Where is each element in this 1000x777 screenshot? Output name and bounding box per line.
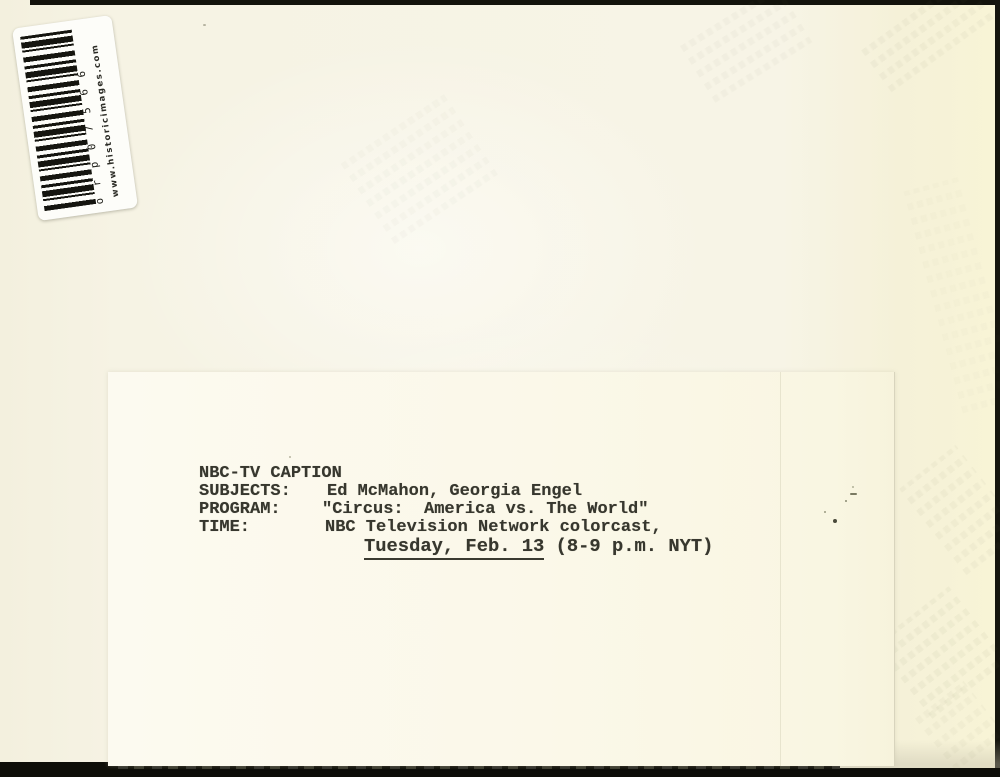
caption-label-program: PROGRAM: (199, 501, 281, 519)
barcode-sticker: orp07566 www.historicimages.com (12, 15, 138, 221)
caption-label-time: TIME: (199, 519, 250, 537)
scan-edge-bottom-left (0, 762, 120, 777)
ink-speck (833, 519, 837, 523)
caption-time-continuation: Tuesday, Feb. 13 (8-9 p.m. NYT) (364, 536, 713, 560)
ink-speck (852, 486, 854, 488)
ink-speck (850, 493, 857, 495)
photo-back-scan: orp07566 www.historicimages.com NBC-TV C… (0, 0, 1000, 777)
underlined-date: Tuesday, Feb. 13 (364, 536, 544, 560)
caption-sheet: NBC-TV CAPTION SUBJECTS: Ed McMahon, Geo… (108, 372, 895, 766)
caption-value-program: "Circus: America vs. The World" (322, 501, 648, 519)
ink-speck (845, 500, 847, 502)
caption-label-subjects: SUBJECTS: (199, 483, 291, 501)
ink-speck (289, 456, 291, 458)
type-bleedthrough-mark (899, 444, 1000, 575)
ink-speck (824, 511, 826, 513)
caption-heading: NBC-TV CAPTION (199, 465, 342, 483)
type-bleedthrough-mark (903, 176, 1000, 413)
scan-edge-top (30, 0, 1000, 5)
type-bleedthrough-mark (678, 0, 813, 103)
scan-edge-bottom (0, 768, 1000, 777)
dust-speck (203, 24, 206, 26)
type-bleedthrough-mark (339, 92, 499, 245)
time-suffix: (8-9 p.m. NYT) (544, 535, 713, 557)
caption-value-subjects: Ed McMahon, Georgia Engel (327, 483, 582, 501)
type-bleedthrough-mark (857, 0, 996, 93)
